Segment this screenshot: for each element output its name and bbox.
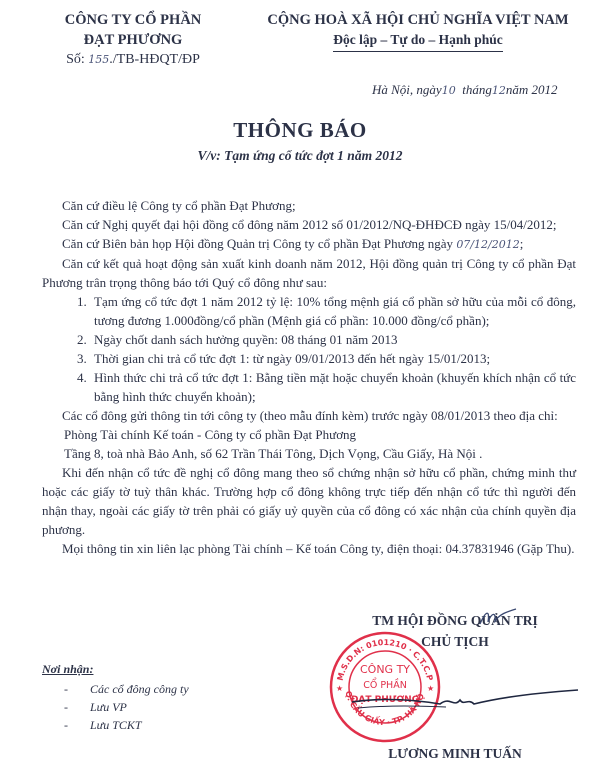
list-item: -Lưu VP — [64, 698, 189, 716]
svg-text:CÔNG TY: CÔNG TY — [360, 663, 410, 676]
list-item: Tạm ứng cổ tức đợt 1 năm 2012 tỷ lệ: 10%… — [90, 292, 576, 330]
on-behalf-label: TM HỘI ĐỒNG QUẢN TRỊ — [330, 610, 580, 631]
contact-info: Mọi thông tin xin liên lạc phòng Tài chí… — [42, 539, 576, 558]
address-location: Tầng 8, toà nhà Bảo Anh, số 62 Trần Thái… — [42, 444, 576, 463]
signature-block: TM HỘI ĐỒNG QUẢN TRỊ CHỦ TỊCH — [330, 610, 580, 652]
announcement-items: Tạm ứng cổ tức đợt 1 năm 2012 tỷ lệ: 10%… — [42, 292, 576, 406]
signer-position: CHỦ TỊCH — [330, 631, 580, 652]
document-title: THÔNG BÁO — [0, 118, 600, 143]
document-body: Căn cứ điều lệ Công ty cổ phần Đạt Phươn… — [42, 196, 576, 558]
nation-name: CỘNG HOÀ XÃ HỘI CHỦ NGHĨA VIỆT NAM — [258, 10, 578, 30]
announcement-intro: Căn cứ kết quả hoạt động sản xuất kinh d… — [42, 254, 576, 292]
company-name-line2: ĐẠT PHƯƠNG — [58, 30, 208, 50]
list-item: Thời gian chi trả cổ tức đợt 1: từ ngày … — [90, 349, 576, 368]
recipients-title: Nơi nhận: — [42, 662, 189, 677]
receive-note: Khi đến nhận cổ tức đề nghị cổ đông mang… — [42, 463, 576, 539]
list-item: Ngày chốt danh sách hưởng quyền: 08 thán… — [90, 330, 576, 349]
address-department: Phòng Tài chính Kế toán - Công ty cổ phầ… — [42, 425, 576, 444]
basis-charter: Căn cứ điều lệ Công ty cổ phần Đạt Phươn… — [42, 196, 576, 215]
place-date: Hà Nội, ngày10 tháng12năm 2012 — [372, 82, 557, 98]
recipients-list: -Các cổ đông công ty -Lưu VP -Lưu TCKT — [42, 680, 189, 734]
date-day-handwritten: 10 — [442, 84, 456, 97]
handwritten-signature-icon — [350, 686, 580, 716]
send-info: Các cổ đông gửi thông tin tới công ty (t… — [42, 406, 576, 425]
minutes-date-handwritten: 07/12/2012 — [456, 238, 519, 251]
national-motto: Độc lập – Tự do – Hạnh phúc — [333, 30, 503, 52]
list-item: -Các cổ đông công ty — [64, 680, 189, 698]
initial-signature-icon — [478, 606, 518, 628]
basis-board-minutes: Căn cứ Biên bản họp Hội đồng Quản trị Cô… — [42, 234, 576, 254]
issuer-block: CÔNG TY CỔ PHẦN ĐẠT PHƯƠNG Số: 155./TB-H… — [58, 10, 208, 70]
basis-resolution: Căn cứ Nghị quyết đại hội đồng cổ đông n… — [42, 215, 576, 234]
document-number-handwritten: 155 — [88, 53, 109, 66]
national-heading: CỘNG HOÀ XÃ HỘI CHỦ NGHĨA VIỆT NAM Độc l… — [258, 10, 578, 52]
document-number: Số: 155./TB-HĐQT/ĐP — [58, 50, 208, 70]
svg-text:★: ★ — [336, 684, 343, 693]
document-subject: V/v: Tạm ứng cổ tức đợt 1 năm 2012 — [0, 148, 600, 164]
signer-name: LƯƠNG MINH TUẤN — [330, 746, 580, 762]
date-month-handwritten: 12 — [492, 84, 506, 97]
list-item: -Lưu TCKT — [64, 716, 189, 734]
list-item: Hình thức chi trả cổ tức đợt 1: Bằng tiề… — [90, 368, 576, 406]
recipients-block: Nơi nhận: -Các cổ đông công ty -Lưu VP -… — [42, 662, 189, 734]
company-name-line1: CÔNG TY CỔ PHẦN — [58, 10, 208, 30]
